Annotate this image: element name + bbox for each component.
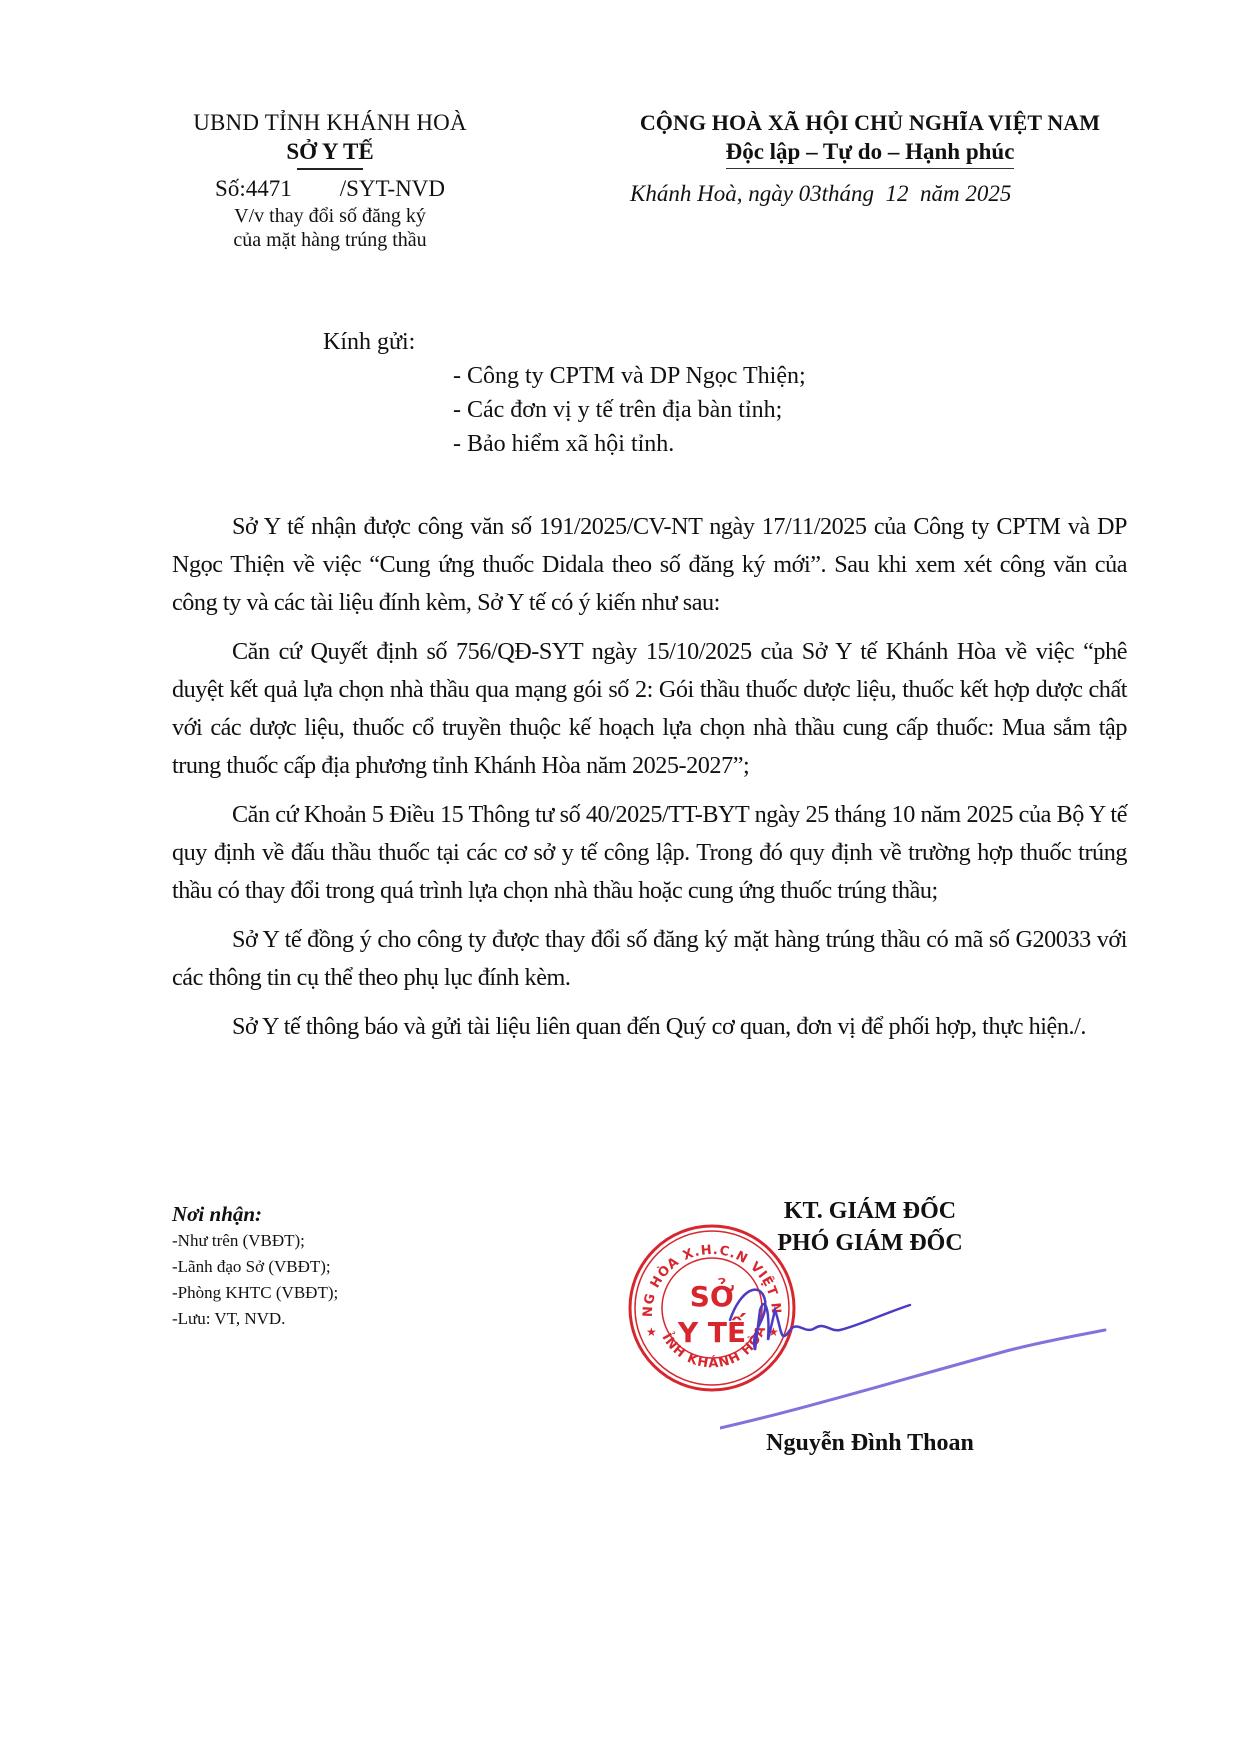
issuing-authority-block: UBND TỈNH KHÁNH HOÀ SỞ Y TẾ Số:4471/SYT-…: [150, 108, 510, 252]
place-date: Khánh Hoà, ngày 03tháng 12 năm 2025: [590, 179, 1150, 209]
authority-name: UBND TỈNH KHÁNH HOÀ: [150, 108, 510, 138]
document-number: Số:4471/SYT-NVD: [150, 174, 510, 204]
doc-number-label: Số:: [215, 176, 246, 201]
distribution-item: -Như trên (VBĐT);: [172, 1228, 338, 1254]
distribution-item: -Lãnh đạo Sở (VBĐT);: [172, 1254, 338, 1280]
recipient-item: - Bảo hiểm xã hội tỉnh.: [453, 427, 806, 461]
distribution-title: Nơi nhận:: [172, 1200, 338, 1228]
department-underline: [297, 168, 363, 170]
subject-line-2: của mặt hàng trúng thầu: [150, 228, 510, 252]
svg-text:★: ★: [646, 1325, 657, 1339]
doc-code: /SYT-NVD: [340, 176, 445, 201]
recipients-block: Kính gửi: - Công ty CPTM và DP Ngọc Thiệ…: [323, 325, 806, 461]
national-header-block: CỘNG HOÀ XÃ HỘI CHỦ NGHĨA VIỆT NAM Độc l…: [590, 108, 1150, 209]
recipients-list: - Công ty CPTM và DP Ngọc Thiện; - Các đ…: [453, 359, 806, 461]
signature-title-block: KT. GIÁM ĐỐC PHÓ GIÁM ĐỐC: [680, 1195, 1060, 1259]
recipients-label: Kính gửi:: [323, 325, 806, 359]
subject-line-1: V/v thay đổi số đăng ký: [150, 204, 510, 228]
recipient-item: - Các đơn vị y tế trên địa bàn tỉnh;: [453, 393, 806, 427]
signer-name: Nguyễn Đình Thoan: [680, 1430, 1060, 1457]
signature-title-2: PHÓ GIÁM ĐỐC: [680, 1227, 1060, 1259]
body-paragraph: Căn cứ Quyết định số 756/QĐ-SYT ngày 15/…: [172, 633, 1127, 785]
signature-title-1: KT. GIÁM ĐỐC: [680, 1195, 1060, 1227]
distribution-block: Nơi nhận: -Như trên (VBĐT); -Lãnh đạo Sở…: [172, 1200, 338, 1332]
department-name: SỞ Y TẾ: [150, 138, 510, 166]
body-paragraph: Sở Y tế nhận được công văn số 191/2025/C…: [172, 508, 1127, 622]
recipient-item: - Công ty CPTM và DP Ngọc Thiện;: [453, 359, 806, 393]
doc-number-value: 4471: [246, 176, 292, 201]
distribution-item: -Lưu: VT, NVD.: [172, 1306, 338, 1332]
national-title: CỘNG HOÀ XÃ HỘI CHỦ NGHĨA VIỆT NAM: [590, 108, 1150, 138]
national-motto: Độc lập – Tự do – Hạnh phúc: [726, 138, 1015, 169]
body-paragraph: Sở Y tế đồng ý cho công ty được thay đổi…: [172, 921, 1127, 997]
body-paragraph: Sở Y tế thông báo và gửi tài liệu liên q…: [172, 1008, 1127, 1046]
letter-body: Sở Y tế nhận được công văn số 191/2025/C…: [172, 508, 1127, 1057]
body-paragraph: Căn cứ Khoản 5 Điều 15 Thông tư số 40/20…: [172, 796, 1127, 910]
distribution-item: -Phòng KHTC (VBĐT);: [172, 1280, 338, 1306]
